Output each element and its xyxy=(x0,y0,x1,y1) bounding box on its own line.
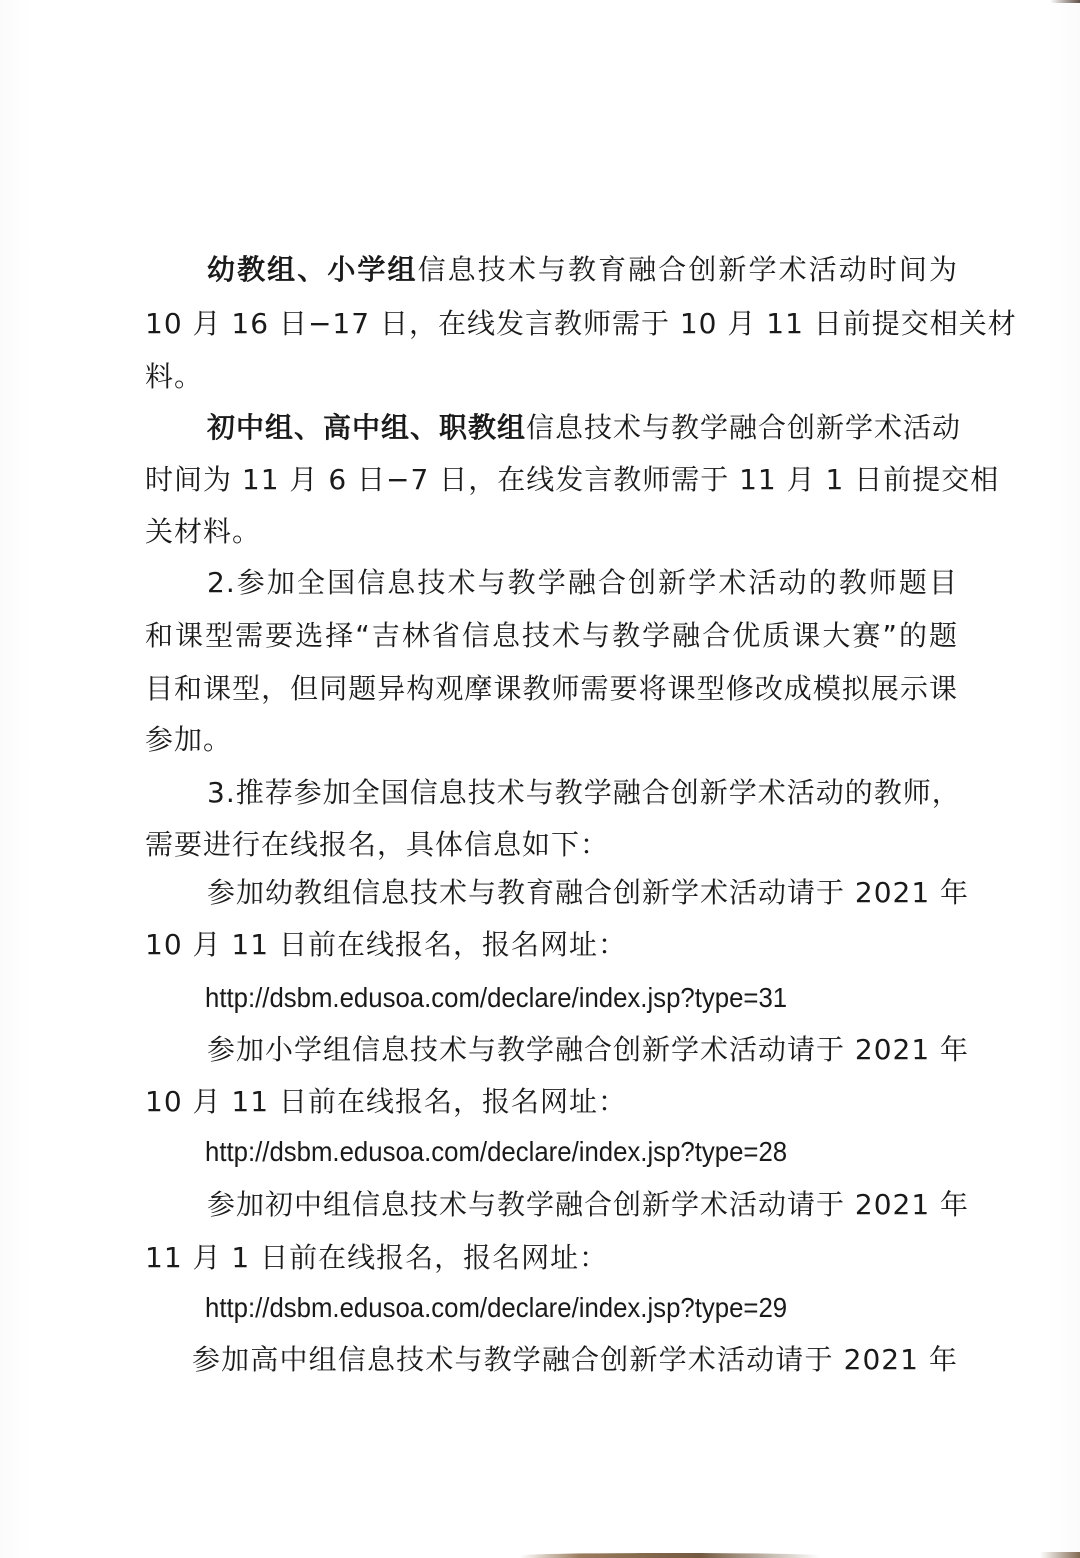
registration-junior-high-line-1: 参加初中组信息技术与教学融合创新学术活动请于 2021 年 xyxy=(207,1187,958,1223)
registration-primary-line-2: 10 月 11 日前在线报名，报名网址： xyxy=(145,1084,958,1120)
paragraph-1-line-1: 幼教组、小学组信息技术与教育融合创新学术活动时间为 xyxy=(207,252,958,288)
registration-kindergarten-line-1: 参加幼教组信息技术与教育融合创新学术活动请于 2021 年 xyxy=(207,875,958,911)
registration-primary-line-1: 参加小学组信息技术与教学融合创新学术活动请于 2021 年 xyxy=(207,1032,958,1068)
item-2-line-4: 参加。 xyxy=(145,722,958,758)
scan-edge-shadow xyxy=(520,1553,820,1558)
item-3-line-1: 3.推荐参加全国信息技术与教学融合创新学术活动的教师， xyxy=(207,775,958,811)
bold-group-names: 幼教组、小学组 xyxy=(207,253,418,286)
item-2-line-3: 目和课型，但同题异构观摩课教师需要将课型修改成模拟展示课 xyxy=(145,671,958,707)
registration-kindergarten-line-2: 10 月 11 日前在线报名，报名网址： xyxy=(145,927,958,963)
paragraph-1-line-2: 10 月 16 日−17 日，在线发言教师需于 10 月 11 日前提交相关材 xyxy=(145,306,958,342)
paragraph-1-line-3: 料。 xyxy=(145,359,958,395)
paragraph-2-line-2: 时间为 11 月 6 日−7 日，在线发言教师需于 11 月 1 日前提交相 xyxy=(145,462,958,498)
scan-edge-shadow xyxy=(1050,0,1080,3)
registration-url-junior-high[interactable]: http://dsbm.edusoa.com/declare/index.jsp… xyxy=(205,1290,787,1326)
scanned-document-page: 幼教组、小学组信息技术与教育融合创新学术活动时间为 10 月 16 日−17 日… xyxy=(0,0,1080,1558)
registration-url-kindergarten[interactable]: http://dsbm.edusoa.com/declare/index.jsp… xyxy=(205,980,787,1016)
registration-url-primary[interactable]: http://dsbm.edusoa.com/declare/index.jsp… xyxy=(205,1134,787,1170)
scan-edge-shadow xyxy=(1040,1552,1080,1558)
registration-junior-high-line-2: 11 月 1 日前在线报名，报名网址： xyxy=(145,1240,958,1276)
item-2-line-1: 2.参加全国信息技术与教学融合创新学术活动的教师题目 xyxy=(207,565,958,601)
line-text: 信息技术与教学融合创新学术活动 xyxy=(526,411,961,444)
item-3-line-2: 需要进行在线报名，具体信息如下： xyxy=(145,827,958,863)
registration-senior-high-line-1: 参加高中组信息技术与教学融合创新学术活动请于 2021 年 xyxy=(192,1342,958,1378)
paragraph-2-line-3: 关材料。 xyxy=(145,514,958,550)
paragraph-2-line-1: 初中组、高中组、职教组信息技术与教学融合创新学术活动 xyxy=(207,410,958,446)
line-text: 信息技术与教育融合创新学术活动时间为 xyxy=(418,253,958,286)
item-2-line-2: 和课型需要选择“吉林省信息技术与教学融合优质课大赛”的题 xyxy=(145,618,958,654)
bold-group-names: 初中组、高中组、职教组 xyxy=(207,411,526,444)
